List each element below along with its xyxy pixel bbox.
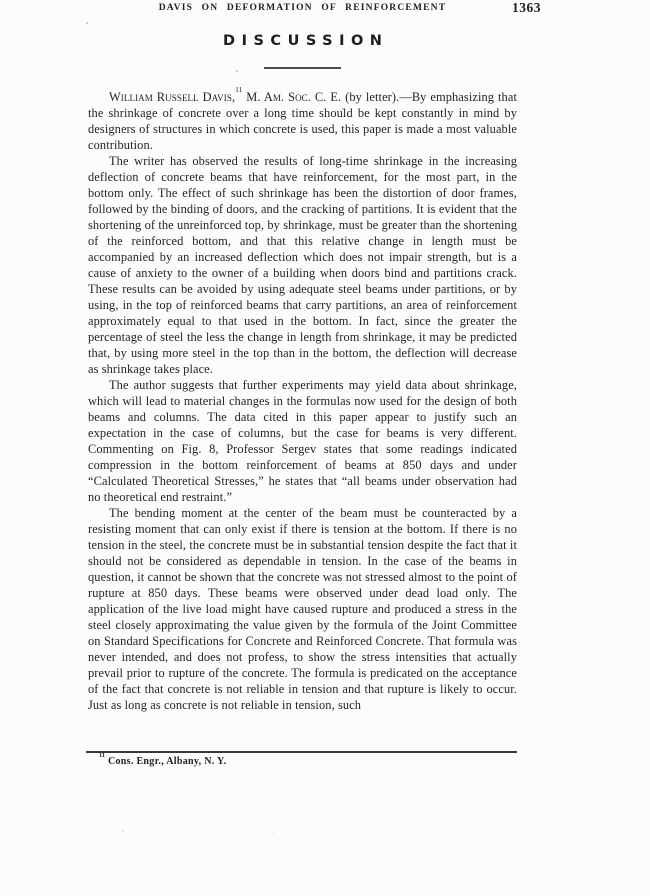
- author-membership: M. Am. Soc. C. E.: [246, 90, 341, 104]
- footnote-text: Cons. Engr., Albany, N. Y.: [108, 756, 226, 767]
- paragraph-author-suggestion: The author suggests that further experim…: [88, 377, 517, 505]
- scan-speck: [86, 22, 88, 24]
- footnote-marker: 11: [99, 752, 105, 759]
- paragraph-writer-observation: The writer has observed the results of l…: [88, 153, 517, 377]
- running-title: DAVIS ON DEFORMATION OF REINFORCEMENT: [88, 3, 517, 13]
- footnote: 11 Cons. Engr., Albany, N. Y.: [86, 756, 517, 767]
- title-divider: [264, 67, 341, 69]
- author-name: William Russell Davis,: [109, 90, 235, 104]
- page-number: 1363: [512, 0, 541, 16]
- scan-speck: [122, 830, 124, 832]
- footnote-section: 11 Cons. Engr., Albany, N. Y.: [86, 751, 517, 767]
- paragraph-bending-moment: The bending moment at the center of the …: [88, 505, 517, 713]
- page-title: DISCUSSION: [88, 34, 517, 49]
- document-page: DAVIS ON DEFORMATION OF REINFORCEMENT 13…: [0, 0, 650, 896]
- scan-speck: [236, 70, 238, 72]
- scan-speck: [272, 833, 274, 834]
- article-body: William Russell Davis,11 M. Am. Soc. C. …: [88, 89, 517, 713]
- footnote-reference: 11: [235, 85, 242, 94]
- footnote-divider: [86, 751, 517, 753]
- scan-speck: [342, 108, 344, 110]
- paragraph-intro: William Russell Davis,11 M. Am. Soc. C. …: [88, 89, 517, 153]
